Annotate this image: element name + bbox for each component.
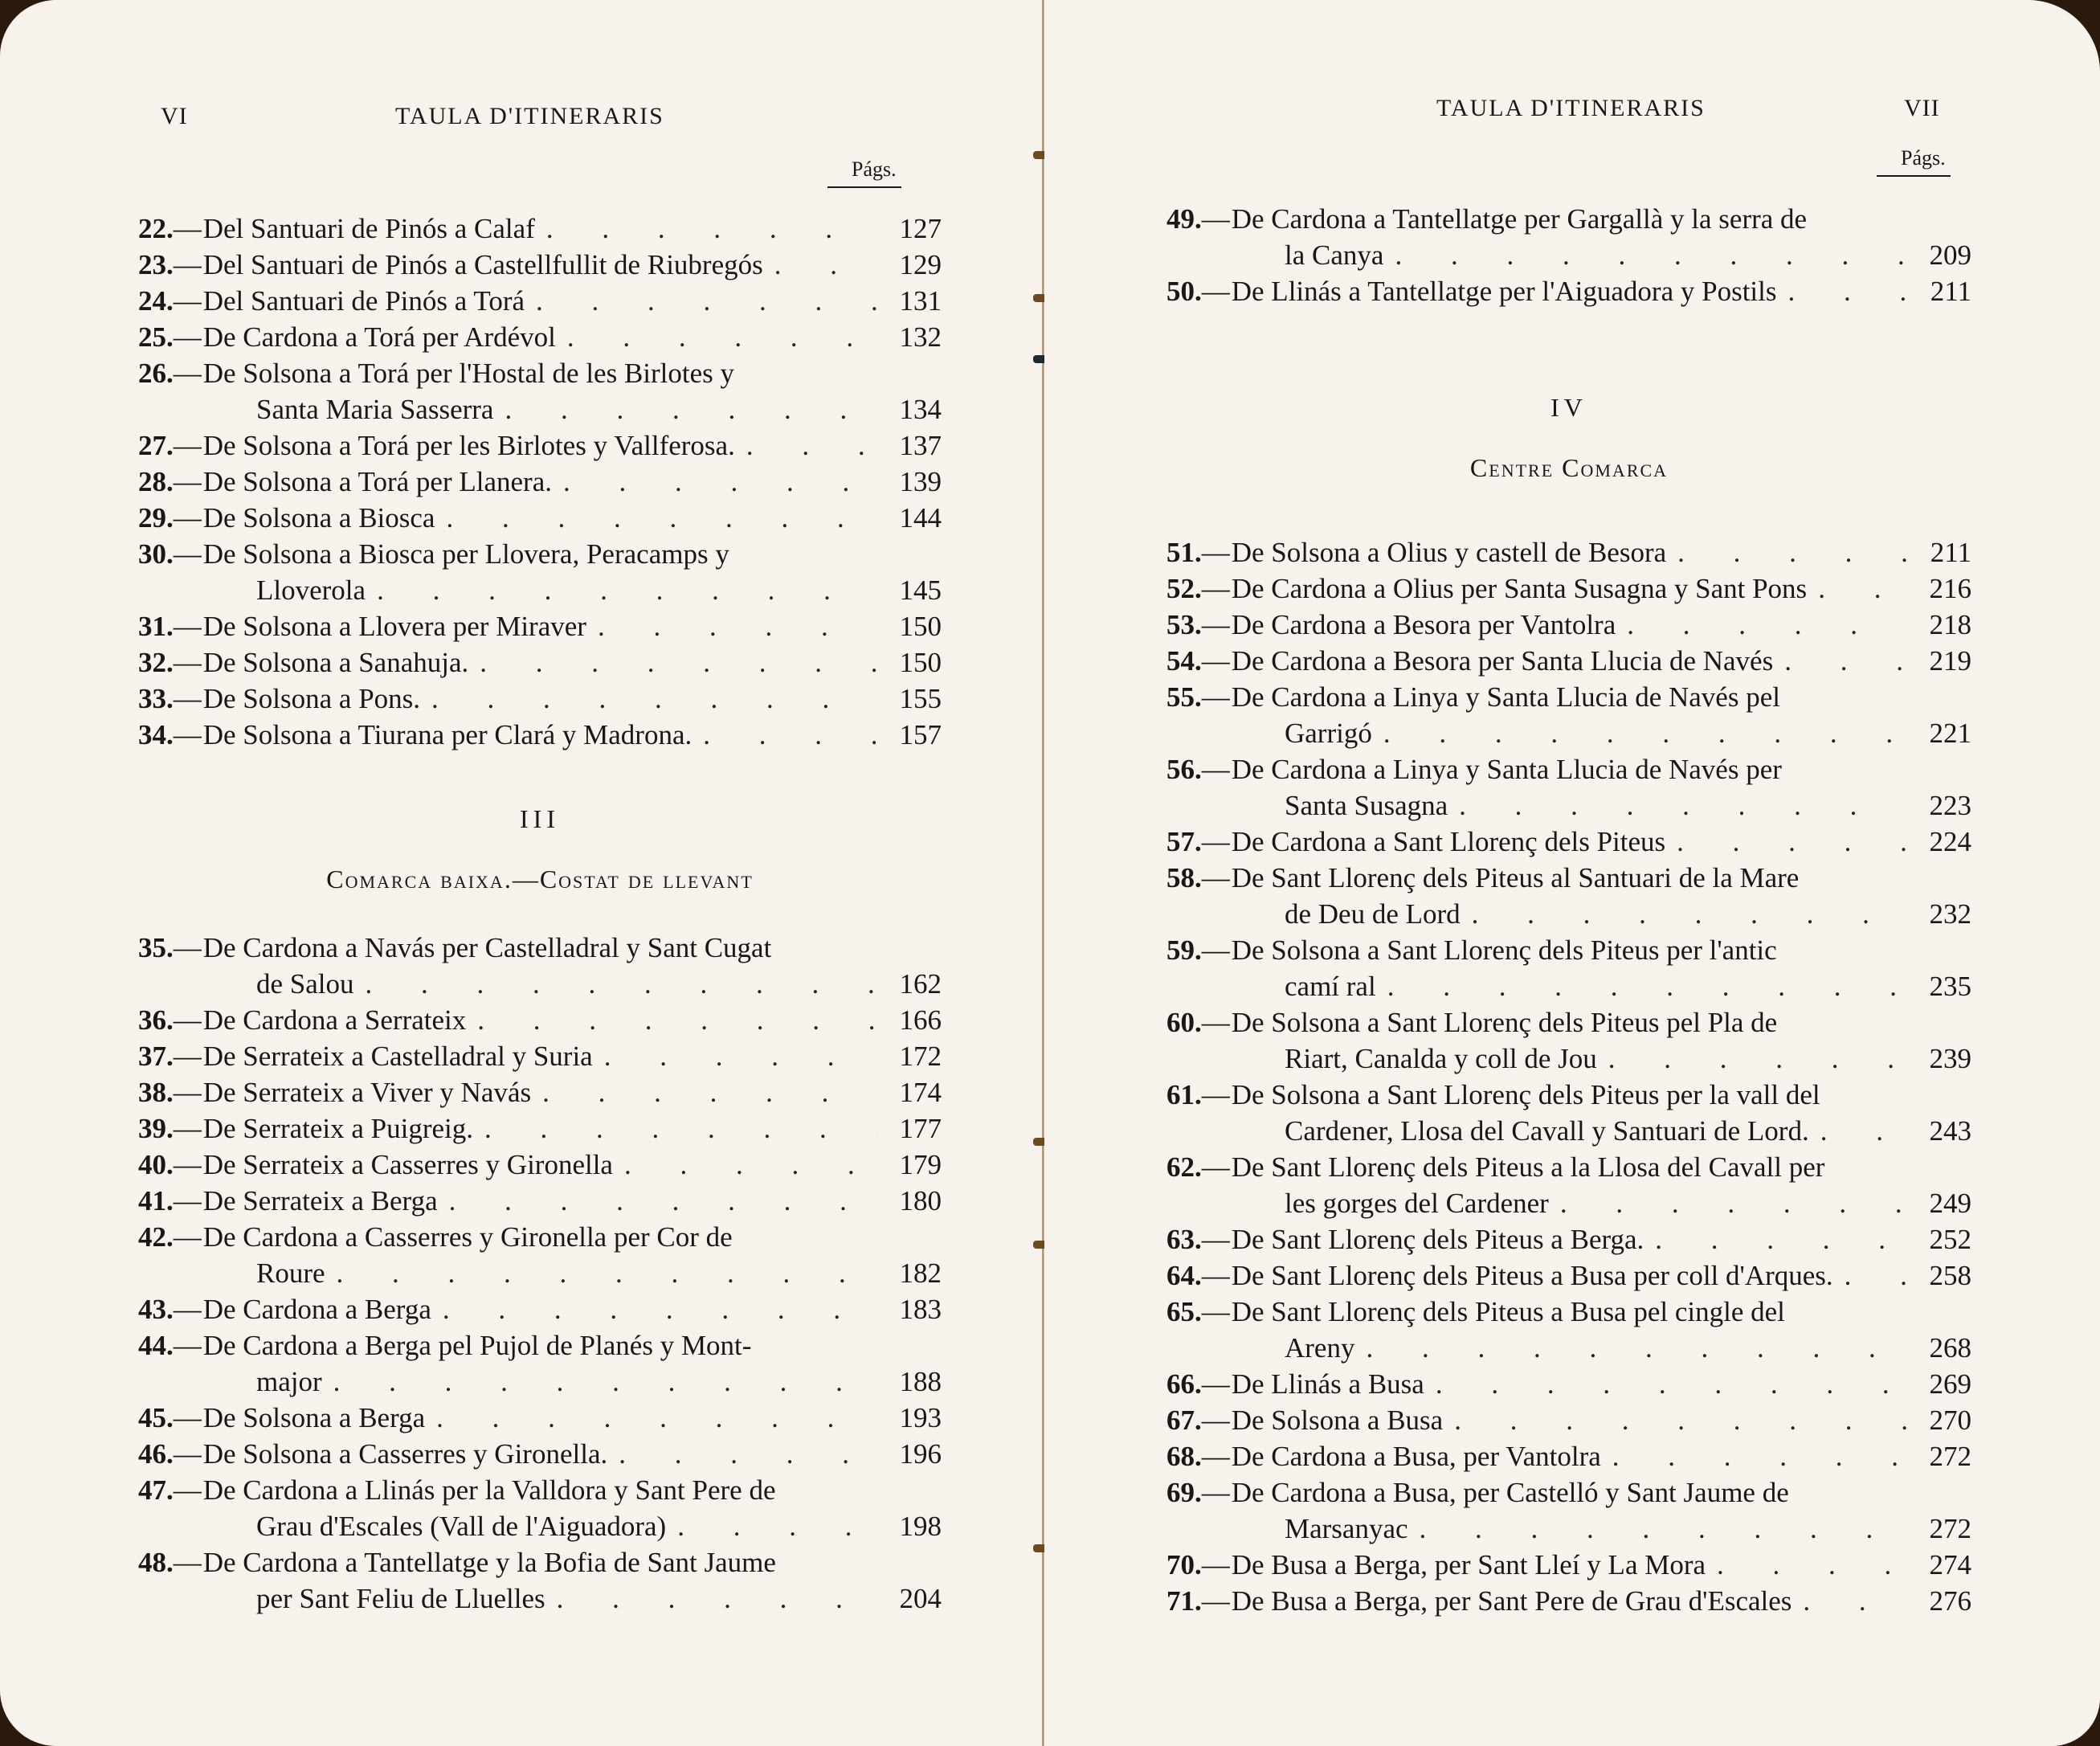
dot-leader [1354,1330,1907,1366]
toc-entry[interactable]: 62.—De Sant Llorenç dels Piteus a la Llo… [1166,1149,1971,1221]
em-dash: — [174,464,202,500]
em-dash: — [174,1472,202,1508]
toc-entry[interactable]: 33.—De Solsona a Pons.155 [138,681,942,717]
itinerary-title: De Cardona a Navás per Castelladral y Sa… [203,930,772,966]
itinerary-title: De Sant Llorenç dels Piteus a Berga. [1232,1221,1644,1257]
itinerary-number: 62. [1166,1149,1202,1185]
toc-entry-line: 50.—De Llinás a Tantellatge per l'Aiguad… [1166,273,1971,309]
toc-entry[interactable]: 24.—Del Santuari de Pinós a Torá131 [138,283,942,319]
page-reference[interactable]: 137 [877,427,942,464]
itinerary-title: Santa Susagna [1285,787,1448,824]
itinerary-number: 36. [138,1002,174,1038]
em-dash: — [174,608,202,644]
dot-leader [556,319,877,355]
toc-entry-line: 47.—De Cardona a Llinás per la Valldora … [138,1472,942,1508]
toc-entry[interactable]: 31.—De Solsona a Llovera per Miraver150 [138,608,942,644]
em-dash: — [1202,1547,1230,1583]
itinerary-title: per Sant Feliu de Lluelles [256,1580,545,1617]
itinerary-title: De Cardona a Linya y Santa Llucia de Nav… [1232,751,1782,787]
toc-entry[interactable]: 43.—De Cardona a Berga183 [138,1291,942,1327]
itinerary-number: 71. [1166,1583,1202,1619]
page-reference[interactable]: 235 [1907,968,1971,1004]
itinerary-title: De Solsona a Llovera per Miraver [203,608,586,644]
itinerary-title: De Solsona a Busa [1232,1402,1443,1438]
page-reference[interactable]: 134 [877,391,942,427]
itinerary-number: 42. [138,1219,174,1255]
page-reference[interactable]: 269 [1907,1366,1971,1402]
itinerary-title: De Serrateix a Viver y Navás [203,1074,531,1110]
em-dash: — [1202,860,1230,896]
itinerary-title: la Canya [1285,237,1383,273]
toc-group-right-a: 49.—De Cardona a Tantellatge per Gargall… [1166,201,1971,309]
page-reference[interactable]: 198 [877,1508,942,1544]
page-reference[interactable]: 243 [1907,1113,1971,1149]
toc-entry[interactable]: 29.—De Solsona a Biosca144 [138,500,942,536]
em-dash: — [1202,1004,1230,1041]
page-reference[interactable]: 239 [1907,1041,1971,1077]
dot-leader [666,1508,877,1544]
toc-entry[interactable]: 54.—De Cardona a Besora per Santa Llucia… [1166,643,1971,679]
toc-entry-line: 69.—De Cardona a Busa, per Castelló y Sa… [1166,1474,1971,1511]
toc-entry-line: 68.—De Cardona a Busa, per Vantolra272 [1166,1438,1971,1474]
em-dash: — [174,1183,202,1219]
dot-leader [493,391,877,427]
toc-entry[interactable]: 69.—De Cardona a Busa, per Castelló y Sa… [1166,1474,1971,1547]
toc-entry[interactable]: 23.—Del Santuari de Pinós a Castellfulli… [138,247,942,283]
page-reference[interactable]: 172 [877,1038,942,1074]
itinerary-title: Del Santuari de Pinós a Castellfullit de… [203,247,763,283]
toc-entry-line: 65.—De Sant Llorenç dels Piteus a Busa p… [1166,1294,1971,1330]
itinerary-title: De Solsona a Torá per l'Hostal de les Bi… [203,355,734,391]
toc-entry[interactable]: 25.—De Cardona a Torá per Ardévol132 [138,319,942,355]
page-reference[interactable]: 132 [877,319,942,355]
toc-entry-line: 32.—De Solsona a Sanahuja.150 [138,644,942,681]
dot-leader [1807,570,1907,607]
dot-leader [613,1147,877,1183]
itinerary-number: 38. [138,1074,174,1110]
em-dash: — [174,355,202,391]
page-reference[interactable]: 218 [1907,607,1971,643]
itinerary-number: 32. [138,644,174,681]
itinerary-number: 27. [138,427,174,464]
toc-entry-line: 36.—De Cardona a Serrateix166 [138,1002,942,1038]
toc-entry[interactable]: 63.—De Sant Llorenç dels Piteus a Berga.… [1166,1221,1971,1257]
em-dash: — [174,1110,202,1147]
em-dash: — [174,1544,202,1580]
toc-entry[interactable]: 49.—De Cardona a Tantellatge per Gargall… [1166,201,1971,273]
toc-entry[interactable]: 41.—De Serrateix a Berga180 [138,1183,942,1219]
itinerary-title: Garrigó [1285,715,1372,751]
toc-entry[interactable]: 44.—De Cardona a Berga pel Pujol de Plan… [138,1327,942,1400]
toc-entry-line: 30.—De Solsona a Biosca per Llovera, Per… [138,536,942,572]
toc-entry[interactable]: 57.—De Cardona a Sant Llorenç dels Piteu… [1166,824,1971,860]
toc-entry[interactable]: 71.—De Busa a Berga, per Sant Pere de Gr… [1166,1583,1971,1619]
page-reference[interactable]: 179 [877,1147,942,1183]
itinerary-title: De Solsona a Torá per les Birlotes y Val… [203,427,735,464]
em-dash: — [174,1436,202,1472]
section-title: Comarca baixa.—Costat de llevant [138,861,942,898]
itinerary-number: 37. [138,1038,174,1074]
toc-entry[interactable]: 67.—De Solsona a Busa270 [1166,1402,1971,1438]
em-dash: — [1202,1221,1230,1257]
itinerary-number: 47. [138,1472,174,1508]
toc-entry-line: Lloverola145 [138,572,942,608]
toc-entry[interactable]: 28.—De Solsona a Torá per Llanera.139 [138,464,942,500]
em-dash: — [174,681,202,717]
toc-entry[interactable]: 35.—De Cardona a Navás per Castelladral … [138,930,942,1002]
toc-entry-line: 57.—De Cardona a Sant Llorenç dels Piteu… [1166,824,1971,860]
em-dash: — [174,1002,202,1038]
dot-leader [735,427,877,464]
itinerary-number: 57. [1166,824,1202,860]
dot-leader [535,211,877,247]
toc-entry-line: 59.—De Solsona a Sant Llorenç dels Piteu… [1166,932,1971,968]
dot-leader [1424,1366,1907,1402]
toc-entry[interactable]: 39.—De Serrateix a Puigreig.177 [138,1110,942,1147]
page-reference[interactable]: 139 [877,464,942,500]
itinerary-number: 28. [138,464,174,500]
toc-entry-line: 49.—De Cardona a Tantellatge per Gargall… [1166,201,1971,237]
itinerary-title: Roure [256,1255,325,1291]
page-reference[interactable]: 272 [1907,1438,1971,1474]
toc-entry-line: 23.—Del Santuari de Pinós a Castellfulli… [138,247,942,283]
em-dash: — [174,536,202,572]
itinerary-title: De Serrateix a Berga [203,1183,438,1219]
toc-entry[interactable]: 27.—De Solsona a Torá per les Birlotes y… [138,427,942,464]
page-reference[interactable]: 157 [877,717,942,753]
page-reference[interactable]: 274 [1907,1547,1971,1583]
toc-entry-line: Santa Maria Sasserra134 [138,391,942,427]
em-dash: — [1202,534,1230,570]
dot-leader [1408,1511,1907,1547]
dot-leader [531,1074,877,1110]
itinerary-title: De Cardona a Tantellatge y la Bofia de S… [203,1544,776,1580]
em-dash: — [1202,1077,1230,1113]
section-number: IV [1166,390,1971,426]
page-reference[interactable]: 209 [1907,237,1971,273]
itinerary-number: 24. [138,283,174,319]
em-dash: — [1202,824,1230,860]
dot-leader [1666,534,1907,570]
page-reference[interactable]: 150 [877,644,942,681]
itinerary-title: Lloverola [256,572,366,608]
toc-entry[interactable]: 50.—De Llinás a Tantellatge per l'Aiguad… [1166,273,1971,309]
dot-leader [763,247,877,283]
em-dash: — [174,1074,202,1110]
toc-entry-line: 37.—De Serrateix a Castelladral y Suria1… [138,1038,942,1074]
page-reference[interactable]: 270 [1907,1402,1971,1438]
itinerary-title: De Busa a Berga, per Sant Lleí y La Mora [1232,1547,1706,1583]
page-reference[interactable]: 216 [1907,570,1971,607]
itinerary-number: 23. [138,247,174,283]
toc-entry[interactable]: 66.—De Llinás a Busa269 [1166,1366,1971,1402]
page-reference[interactable]: 276 [1907,1583,1971,1619]
toc-entry-line: 46.—De Solsona a Casserres y Gironella.1… [138,1436,942,1472]
running-head-right: TAULA D'ITINERARIS [1436,95,1706,122]
itinerary-number: 68. [1166,1438,1202,1474]
itinerary-title: De Solsona a Olius y castell de Besora [1232,534,1666,570]
toc-group-left-b: 35.—De Cardona a Navás per Castelladral … [138,930,942,1617]
em-dash: — [1202,201,1230,237]
itinerary-title: De Cardona a Busa, per Castelló y Sant J… [1232,1474,1789,1511]
toc-entry[interactable]: 60.—De Solsona a Sant Llorenç dels Piteu… [1166,1004,1971,1077]
toc-entry-line: 44.—De Cardona a Berga pel Pujol de Plan… [138,1327,942,1364]
toc-entry[interactable]: 58.—De Sant Llorenç dels Piteus al Santu… [1166,860,1971,932]
toc-entry[interactable]: 51.—De Solsona a Olius y castell de Beso… [1166,534,1971,570]
dot-leader [1616,607,1907,643]
itinerary-number: 45. [138,1400,174,1436]
toc-entry[interactable]: 37.—De Serrateix a Castelladral y Suria1… [138,1038,942,1074]
itinerary-title: De Cardona a Torá per Ardévol [203,319,556,355]
itinerary-number: 48. [138,1544,174,1580]
em-dash: — [1202,273,1230,309]
toc-entry[interactable]: 46.—De Solsona a Casserres y Gironella.1… [138,1436,942,1472]
em-dash: — [174,1291,202,1327]
toc-entry-line: 26.—De Solsona a Torá per l'Hostal de le… [138,355,942,391]
em-dash: — [1202,1583,1230,1619]
toc-entry-line: 40.—De Serrateix a Casserres y Gironella… [138,1147,942,1183]
itinerary-number: 58. [1166,860,1202,896]
page-reference[interactable]: 268 [1907,1330,1971,1366]
itinerary-title: De Cardona a Busa, per Vantolra [1232,1438,1601,1474]
itinerary-title: De Serrateix a Castelladral y Suria [203,1038,593,1074]
em-dash: — [1202,570,1230,607]
itinerary-title: De Cardona a Berga [203,1291,431,1327]
em-dash: — [1202,932,1230,968]
toc-entry-line: 53.—De Cardona a Besora per Vantolra218 [1166,607,1971,643]
itinerary-title: De Solsona a Berga [203,1400,425,1436]
itinerary-title: De Solsona a Biosca [203,500,435,536]
toc-entry-line: 60.—De Solsona a Sant Llorenç dels Piteu… [1166,1004,1971,1041]
itinerary-number: 65. [1166,1294,1202,1330]
dot-leader [466,1002,877,1038]
itinerary-number: 49. [1166,201,1202,237]
page-reference[interactable]: 211 [1907,534,1971,570]
page-reference[interactable]: 193 [877,1400,942,1436]
toc-entry-line: 66.—De Llinás a Busa269 [1166,1366,1971,1402]
page-reference[interactable]: 272 [1907,1511,1971,1547]
toc-entry-line: les gorges del Cardener249 [1166,1185,1971,1221]
itinerary-number: 50. [1166,273,1202,309]
dot-leader [438,1183,877,1219]
toc-entry-line: Roure182 [138,1255,942,1291]
em-dash: — [174,1147,202,1183]
page-reference[interactable]: 223 [1907,787,1971,824]
toc-entry[interactable]: 45.—De Solsona a Berga193 [138,1400,942,1436]
book-spread: VI TAULA D'ITINERARIS Págs. 22.—Del Sant… [0,0,2100,1746]
page-reference[interactable]: 155 [877,681,942,717]
toc-entry[interactable]: 65.—De Sant Llorenç dels Piteus a Busa p… [1166,1294,1971,1366]
toc-entry-line: camí ral235 [1166,968,1971,1004]
itinerary-title: De Solsona a Sant Llorenç dels Piteus pe… [1232,1004,1777,1041]
em-dash: — [174,1219,202,1255]
dot-leader [1443,1402,1907,1438]
right-page: TAULA D'ITINERARIS VII Págs. 49.—De Card… [1044,0,2100,1746]
itinerary-number: 64. [1166,1257,1202,1294]
itinerary-title: De Cardona a Llinás per la Valldora y Sa… [203,1472,776,1508]
dot-leader [1706,1547,1907,1583]
toc-entry[interactable]: 38.—De Serrateix a Viver y Navás174 [138,1074,942,1110]
toc-entry[interactable]: 61.—De Solsona a Sant Llorenç dels Piteu… [1166,1077,1971,1149]
itinerary-title: De Cardona a Tantellatge per Gargallà y … [1232,201,1807,237]
page-reference[interactable]: 166 [877,1002,942,1038]
page-reference[interactable]: 224 [1907,824,1971,860]
toc-entry[interactable]: 47.—De Cardona a Llinás per la Valldora … [138,1472,942,1544]
page-reference[interactable]: 182 [877,1255,942,1291]
itinerary-title: De Sant Llorenç dels Piteus a Busa per c… [1232,1257,1833,1294]
dot-leader [1376,968,1907,1004]
toc-entry-line: 71.—De Busa a Berga, per Sant Pere de Gr… [1166,1583,1971,1619]
page-reference[interactable]: 174 [877,1074,942,1110]
dot-leader [692,717,877,753]
dot-leader [1833,1257,1907,1294]
toc-entry[interactable]: 34.—De Solsona a Tiurana per Clará y Mad… [138,717,942,753]
toc-entry-line: 55.—De Cardona a Linya y Santa Llucia de… [1166,679,1971,715]
itinerary-number: 40. [138,1147,174,1183]
em-dash: — [1202,751,1230,787]
toc-entry[interactable]: 40.—De Serrateix a Casserres y Gironella… [138,1147,942,1183]
toc-entry[interactable]: 70.—De Busa a Berga, per Sant Lleí y La … [1166,1547,1971,1583]
itinerary-title: Del Santuari de Pinós a Calaf [203,211,535,247]
toc-entry[interactable]: 42.—De Cardona a Casserres y Gironella p… [138,1219,942,1291]
em-dash: — [1202,1366,1230,1402]
page-reference[interactable]: 144 [877,500,942,536]
itinerary-title: Cardener, Llosa del Cavall y Santuari de… [1285,1113,1809,1149]
page-reference[interactable]: 145 [877,572,942,608]
itinerary-title: Del Santuari de Pinós a Torá [203,283,525,319]
dot-leader [607,1436,877,1472]
itinerary-number: 52. [1166,570,1202,607]
itinerary-number: 55. [1166,679,1202,715]
page-reference[interactable]: 131 [877,283,942,319]
itinerary-number: 66. [1166,1366,1202,1402]
toc-entry-line: Marsanyac272 [1166,1511,1971,1547]
left-page: VI TAULA D'ITINERARIS Págs. 22.—Del Sant… [0,0,1044,1746]
itinerary-title: Grau d'Escales (Vall de l'Aiguadora) [256,1508,666,1544]
toc-entry[interactable]: 32.—De Solsona a Sanahuja.150 [138,644,942,681]
itinerary-number: 33. [138,681,174,717]
dot-leader [552,464,877,500]
page-reference[interactable]: 177 [877,1110,942,1147]
toc-entry[interactable]: 52.—De Cardona a Olius per Santa Susagna… [1166,570,1971,607]
itinerary-number: 69. [1166,1474,1202,1511]
itinerary-title: Areny [1285,1330,1354,1366]
page-reference[interactable]: 252 [1907,1221,1971,1257]
toc-entry[interactable]: 48.—De Cardona a Tantellatge y la Bofia … [138,1544,942,1617]
toc-entry[interactable]: 26.—De Solsona a Torá per l'Hostal de le… [138,355,942,427]
toc-entry[interactable]: 53.—De Cardona a Besora per Vantolra218 [1166,607,1971,643]
dot-leader [468,644,877,681]
itinerary-title: De Cardona a Olius per Santa Susagna y S… [1232,570,1807,607]
dot-leader [1773,643,1907,679]
page-reference[interactable]: 221 [1907,715,1971,751]
itinerary-title: De Serrateix a Puigreig. [203,1110,473,1147]
dot-leader [325,1255,877,1291]
toc-entry[interactable]: 22.—Del Santuari de Pinós a Calaf127 [138,211,942,247]
itinerary-title: De Solsona a Pons. [203,681,420,717]
em-dash: — [174,1038,202,1074]
em-dash: — [174,283,202,319]
dot-leader [525,283,877,319]
itinerary-number: 25. [138,319,174,355]
em-dash: — [174,247,202,283]
toc-entry[interactable]: 55.—De Cardona a Linya y Santa Llucia de… [1166,679,1971,751]
itinerary-title: Santa Maria Sasserra [256,391,493,427]
page-reference[interactable]: 150 [877,608,942,644]
toc-entry[interactable]: 59.—De Solsona a Sant Llorenç dels Piteu… [1166,932,1971,1004]
page-reference[interactable]: 180 [877,1183,942,1219]
toc-entry[interactable]: 36.—De Cardona a Serrateix166 [138,1002,942,1038]
itinerary-number: 22. [138,211,174,247]
page-reference[interactable]: 188 [877,1364,942,1400]
toc-entry-line: 63.—De Sant Llorenç dels Piteus a Berga.… [1166,1221,1971,1257]
itinerary-title: De Cardona a Besora per Santa Llucia de … [1232,643,1773,679]
toc-entry[interactable]: 30.—De Solsona a Biosca per Llovera, Per… [138,536,942,608]
itinerary-number: 61. [1166,1077,1202,1113]
itinerary-number: 59. [1166,932,1202,968]
toc-entry-line: 42.—De Cardona a Casserres y Gironella p… [138,1219,942,1255]
dot-leader [425,1400,877,1436]
page-reference[interactable]: 129 [877,247,942,283]
itinerary-number: 41. [138,1183,174,1219]
dot-leader [1601,1438,1907,1474]
toc-entry-line: 33.—De Solsona a Pons.155 [138,681,942,717]
dot-leader [1644,1221,1907,1257]
em-dash: — [174,500,202,536]
toc-entry[interactable]: 64.—De Sant Llorenç dels Piteus a Busa p… [1166,1257,1971,1294]
toc-entry-line: 62.—De Sant Llorenç dels Piteus a la Llo… [1166,1149,1971,1185]
page-reference[interactable]: 232 [1907,896,1971,932]
dot-leader [1792,1583,1907,1619]
em-dash: — [174,211,202,247]
itinerary-title: De Cardona a Linya y Santa Llucia de Nav… [1232,679,1780,715]
page-reference[interactable]: 204 [877,1580,942,1617]
em-dash: — [1202,1474,1230,1511]
em-dash: — [174,319,202,355]
page-reference[interactable]: 196 [877,1436,942,1472]
em-dash: — [174,930,202,966]
dot-leader [1549,1185,1907,1221]
toc-entry-line: Garrigó221 [1166,715,1971,751]
toc-entry-line: per Sant Feliu de Lluelles204 [138,1580,942,1617]
pags-column-label-right: Págs. [1877,146,1951,177]
page-reference[interactable]: 162 [877,966,942,1002]
itinerary-number: 46. [138,1436,174,1472]
dot-leader [1665,824,1907,860]
page-reference[interactable]: 219 [1907,643,1971,679]
em-dash: — [1202,1294,1230,1330]
page-reference[interactable]: 211 [1907,273,1971,309]
itinerary-title: Riart, Canalda y coll de Jou [1285,1041,1597,1077]
page-reference[interactable]: 183 [877,1291,942,1327]
toc-entry[interactable]: 56.—De Cardona a Linya y Santa Llucia de… [1166,751,1971,824]
toc-group-left-a: 22.—Del Santuari de Pinós a Calaf12723.—… [138,211,942,753]
toc-entry[interactable]: 68.—De Cardona a Busa, per Vantolra272 [1166,1438,1971,1474]
toc-entry-line: 28.—De Solsona a Torá per Llanera.139 [138,464,942,500]
dot-leader [1383,237,1907,273]
em-dash: — [174,427,202,464]
em-dash: — [1202,1402,1230,1438]
toc-entry-line: de Deu de Lord232 [1166,896,1971,932]
page-reference[interactable]: 249 [1907,1185,1971,1221]
dot-leader [1448,787,1907,824]
page-reference[interactable]: 127 [877,211,942,247]
itinerary-number: 31. [138,608,174,644]
em-dash: — [1202,643,1230,679]
dot-leader [593,1038,877,1074]
running-head-left: TAULA D'ITINERARIS [395,103,664,130]
page-reference[interactable]: 258 [1907,1257,1971,1294]
